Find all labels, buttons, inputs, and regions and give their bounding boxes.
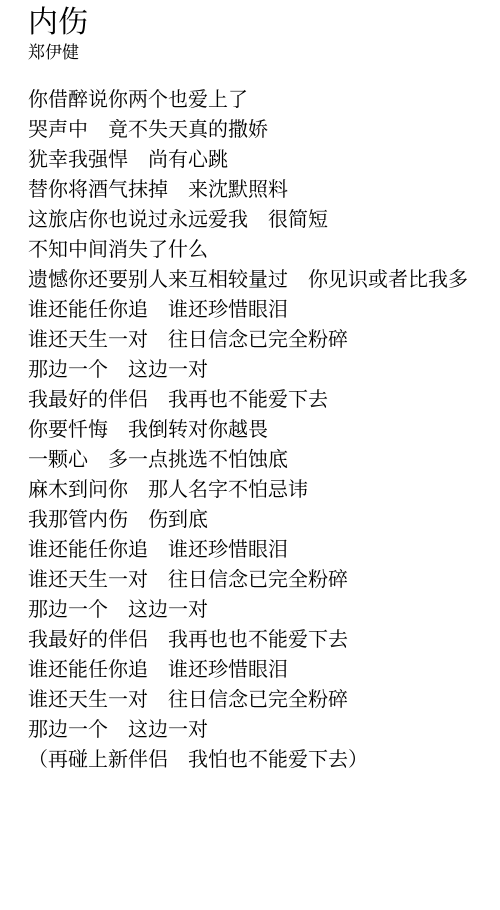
lyric-line: 我最好的伴侣 我再也也不能爱下去 (28, 625, 480, 655)
lyric-line: 那边一个 这边一对 (28, 355, 480, 385)
lyric-line: 麻木到问你 那人名字不怕忌讳 (28, 475, 480, 505)
lyric-line: 谁还天生一对 往日信念已完全粉碎 (28, 325, 480, 355)
lyrics-page: 内伤 郑伊健 你借醉说你两个也爱上了哭声中 竟不失天真的撒娇犹幸我强悍 尚有心跳… (0, 0, 500, 910)
lyric-line: 那边一个 这边一对 (28, 715, 480, 745)
lyric-line: 谁还能任你追 谁还珍惜眼泪 (28, 655, 480, 685)
song-title: 内伤 (28, 4, 480, 42)
lyric-line: 谁还天生一对 往日信念已完全粉碎 (28, 565, 480, 595)
lyric-line: 你借醉说你两个也爱上了 (28, 85, 480, 115)
lyric-line: 哭声中 竟不失天真的撒娇 (28, 115, 480, 145)
song-artist: 郑伊健 (28, 42, 480, 64)
lyric-line: 不知中间消失了什么 (28, 235, 480, 265)
lyric-line: 遗憾你还要别人来互相较量过 你见识或者比我多 (28, 265, 480, 295)
lyric-line: 谁还能任你追 谁还珍惜眼泪 (28, 535, 480, 565)
lyric-line: 谁还天生一对 往日信念已完全粉碎 (28, 685, 480, 715)
lyric-line: 谁还能任你追 谁还珍惜眼泪 (28, 295, 480, 325)
lyrics-body: 你借醉说你两个也爱上了哭声中 竟不失天真的撒娇犹幸我强悍 尚有心跳替你将酒气抹掉… (28, 85, 480, 775)
lyric-line: 犹幸我强悍 尚有心跳 (28, 145, 480, 175)
lyric-line: 我最好的伴侣 我再也不能爱下去 (28, 385, 480, 415)
lyric-line: 这旅店你也说过永远爱我 很简短 (28, 205, 480, 235)
lyric-line: 你要忏悔 我倒转对你越畏 (28, 415, 480, 445)
lyric-line: 那边一个 这边一对 (28, 595, 480, 625)
lyric-line: 一颗心 多一点挑选不怕蚀底 (28, 445, 480, 475)
lyric-line: 替你将酒气抹掉 来沈默照料 (28, 175, 480, 205)
lyric-line: 我那管内伤 伤到底 (28, 505, 480, 535)
lyric-line: （再碰上新伴侣 我怕也不能爱下去） (28, 745, 480, 775)
